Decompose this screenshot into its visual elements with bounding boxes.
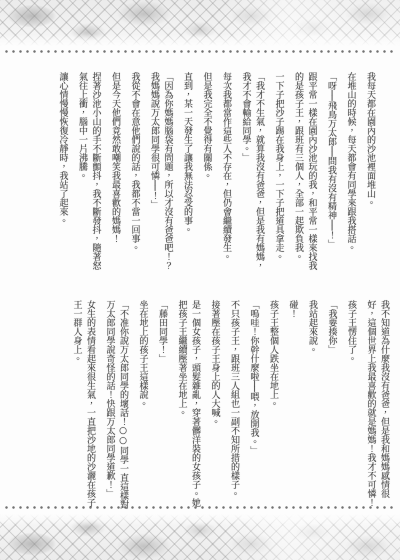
- paragraph: 女生的表情看起來很生氣，一直把沙地的沙灑在孩子王一群人身上。: [69, 300, 96, 509]
- dotted-separator-bottom: [5, 506, 395, 509]
- paragraph: 一下子把沙子踢在我身上，一下子把道具拿走。: [271, 72, 285, 273]
- paragraph: 讓心情慢慢恢復冷靜時，我站了起來。: [55, 72, 69, 273]
- paragraph: 每次我都當作這些人不存在，但仍會繼續發生。: [219, 72, 233, 273]
- paragraph: 我不知道為什麼我沒有爸爸，但是我和媽媽感情很好，這個世界上我最喜歡的就是媽媽！我…: [363, 300, 390, 509]
- paragraph: 孩子王整個人跌坐在地上。: [266, 300, 280, 509]
- paragraph: 「藤田同學！」: [155, 300, 169, 509]
- paragraph: 但是我完全不覺得有關係。: [199, 72, 213, 273]
- paragraph: 「因為你媽媽腦袋有問題，所以才沒有爸爸吧！？我媽媽說万太郎同學很可憐──！」: [147, 72, 174, 273]
- novel-page: 我每天都在園內的沙池裡面堆山。 在堆山的時候，每天都會有同學來跟我搭話。 「呀─…: [0, 0, 400, 560]
- paragraph: 直到，某一天發生了讓我無法忍受的事。: [180, 72, 194, 273]
- paragraph: 接著壓在孩子王身上的人大喊。: [207, 300, 221, 509]
- text-block-bottom: 我不知道為什麼我沒有爸爸，但是我和媽媽感情很好，這個世界上我最喜歡的就是媽媽！我…: [69, 300, 390, 509]
- paragraph: 在堆山的時候，每天都會有同學來跟我搭話。: [343, 72, 357, 273]
- paragraph: 跟平常一樣在園內沙池玩的我，和平常一樣來找我的是孩子王，跟班有三個人，全部一起欺…: [291, 72, 318, 273]
- paragraph: 「我才不生氣，就算我沒有爸爸，但是我有媽媽，我才不會輸給同學。」: [238, 72, 265, 273]
- paragraph: 我從不會在意他們說的話，我都不當一回事。: [127, 72, 141, 273]
- paragraph: 「嗚哇！你幹什麼啦──喂，放開我。」: [246, 300, 260, 509]
- paragraph: 但是今天他們竟然敢嘲笑我最喜歡的媽媽！: [108, 72, 122, 273]
- lace-border-bottom: [0, 514, 400, 560]
- paragraph: 「呀──飛鳥万太郎──問我有沒有精神──！」: [324, 72, 338, 273]
- paragraph: 「不准你說万太郎同學的壞話！○○同學一直這樣對万太郎同學說奇怪的話！快跟万太郎同…: [102, 300, 129, 509]
- paragraph: 坐在地上的孩子王這樣說。: [135, 300, 149, 509]
- paragraph: 孩子王愣住了。: [344, 300, 358, 509]
- paragraph: 碰！: [285, 300, 299, 509]
- paragraph: 我站起來說。: [305, 300, 319, 509]
- lace-border-top: [0, 0, 400, 46]
- paragraph: 「我要揍你」: [324, 300, 338, 509]
- dotted-separator-top: [5, 50, 395, 53]
- text-block-top: 我每天都在園內的沙池裡面堆山。 在堆山的時候，每天都會有同學來跟我搭話。 「呀─…: [55, 72, 376, 273]
- paragraph: 不只孩子王，跟班三人組也一副不知所措的樣子。: [227, 300, 241, 509]
- paragraph: 我每天都在園內的沙池裡面堆山。: [363, 72, 377, 273]
- paragraph: 捏著沙池小山的手不斷顫抖，我不斷發抖，隨著怒氣往上衝，腦中一片沸騰。: [75, 72, 102, 273]
- paragraph: 是一個女孩子，頭髮雜亂，穿著髒洋裝的女孩子。她把孩子王繼續壓著坐在地上。: [174, 300, 201, 509]
